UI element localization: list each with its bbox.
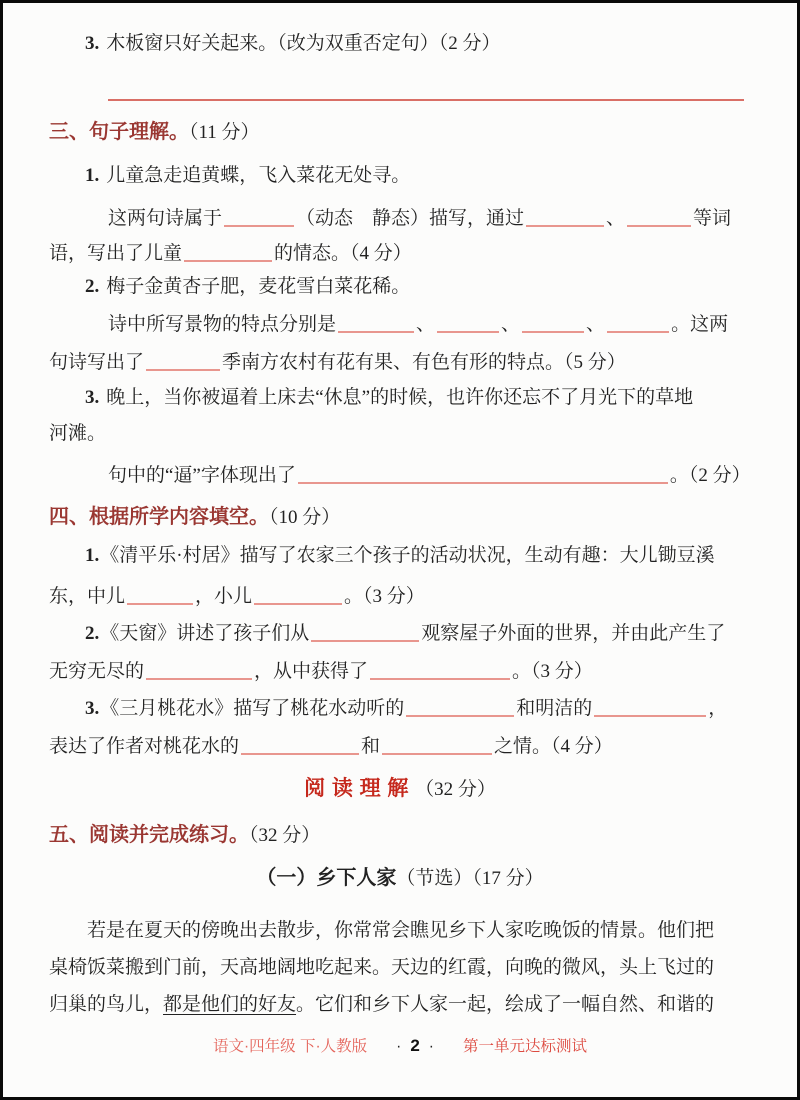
question-text: 河滩。: [49, 423, 106, 444]
question-number: 2.: [85, 623, 99, 644]
s3-q1-line2: 这两句诗属于（动态 静态）描写，通过、等词: [108, 203, 731, 232]
passage-text: 归巢的鸟儿，: [49, 994, 163, 1015]
reading-banner-title: 阅读理解: [304, 776, 415, 800]
section-5-points: （32 分）: [249, 825, 320, 846]
passage-underlined-phrase: 都是他们的好友: [163, 994, 296, 1015]
s3-q1-line3: 语，写出了儿童的情态。（4 分）: [49, 238, 412, 267]
passage-title-main: （一）乡下人家: [256, 867, 396, 889]
question-text: 。（2 分）: [670, 465, 751, 486]
s4-q3-line1: 3.《三月桃花水》描写了桃花水动听的和明洁的，: [85, 693, 727, 722]
question-text: ，小儿: [195, 586, 252, 607]
blank-underline: [311, 621, 419, 642]
blank-underline: [224, 206, 294, 227]
page-number: 2: [410, 1036, 419, 1055]
s4-q1-line1: 1.《清平乐·村居》描写了农家三个孩子的活动状况，生动有趣：大儿锄豆溪: [85, 543, 715, 569]
blank-underline: [522, 312, 584, 333]
s3-q3-line2: 河滩。: [49, 421, 106, 447]
blank-underline: [382, 734, 492, 755]
question-number: 2.: [85, 276, 99, 297]
question-text: 句诗写出了: [49, 352, 144, 373]
blank-underline: [406, 696, 514, 717]
blank-underline: [594, 696, 706, 717]
dun-separator: 、: [416, 314, 435, 335]
question-text: 梅子金黄杏子肥，麦花雪白菜花稀。: [106, 276, 410, 297]
section-3-points: （11 分）: [189, 122, 260, 143]
s3-q2-line1: 2.梅子金黄杏子肥，麦花雪白菜花稀。: [85, 274, 410, 300]
section-5-heading: 五、阅读并完成练习。（32 分）: [49, 822, 320, 849]
question-number: 1.: [85, 545, 99, 566]
answer-rule: [108, 99, 744, 101]
section-4-heading: 四、根据所学内容填空。（10 分）: [49, 504, 340, 531]
section-4-heading-text: 四、根据所学内容填空。: [49, 506, 269, 528]
footer-dot: ·: [396, 1038, 401, 1055]
s4-q1-line2: 东，中儿，小儿。（3 分）: [49, 581, 425, 610]
section-3-heading: 三、句子理解。（11 分）: [49, 119, 260, 146]
dun-separator: 、: [586, 314, 605, 335]
dun-separator: 、: [606, 208, 625, 229]
question-text: 和: [361, 736, 380, 757]
question-text: 的情态。（4 分）: [274, 243, 412, 264]
passage-paragraph-line3: 归巢的鸟儿，都是他们的好友。它们和乡下人家一起，绘成了一幅自然、和谐的: [49, 992, 714, 1018]
question-number: 3.: [85, 387, 99, 408]
worksheet-page: 3.木板窗只好关起来。（改为双重否定句）（2 分） 三、句子理解。（11 分） …: [0, 0, 800, 1100]
blank-underline: [338, 312, 414, 333]
question-rewrite-line: 3.木板窗只好关起来。（改为双重否定句）（2 分）: [85, 31, 501, 57]
question-number: 1.: [85, 165, 99, 186]
blank-underline: [298, 463, 668, 484]
question-text: 木板窗只好关起来。（改为双重否定句）（2 分）: [106, 33, 500, 54]
question-text: 等词: [693, 208, 731, 229]
question-text: （动态 静态）描写，通过: [296, 208, 524, 229]
blank-underline: [184, 241, 272, 262]
s4-q2-line1: 2.《天窗》讲述了孩子们从观察屋子外面的世界，并由此产生了: [85, 618, 725, 647]
blank-underline: [370, 659, 510, 680]
s3-q3-line1: 3.晚上，当你被逼着上床去“休息”的时候，也许你还忘不了月光下的草地: [85, 385, 693, 411]
passage-text: 桌椅饭菜搬到门前，天高地阔地吃起来。天边的红霞，向晚的微风，头上飞过的: [49, 957, 714, 978]
s4-q3-line2: 表达了作者对桃花水的和之情。（4 分）: [49, 731, 613, 760]
question-number: 3.: [85, 33, 99, 54]
question-text: 。这两: [671, 314, 728, 335]
blank-underline: [526, 206, 604, 227]
footer-test-title: 第一单元达标测试: [463, 1038, 587, 1055]
s4-q2-line2: 无穷无尽的，从中获得了。（3 分）: [49, 656, 593, 685]
blank-underline: [146, 350, 220, 371]
footer-dot: ·: [429, 1038, 434, 1055]
blank-underline: [437, 312, 499, 333]
blank-underline: [241, 734, 359, 755]
footer-book-title: 语文·四年级 下·人教版: [213, 1038, 367, 1055]
s3-q1-line1: 1.儿童急走追黄蝶，飞入菜花无处寻。: [85, 163, 410, 189]
s3-q2-line3: 句诗写出了季南方农村有花有果、有色有形的特点。（5 分）: [49, 347, 626, 376]
passage-text: 。它们和乡下人家一起，绘成了一幅自然、和谐的: [296, 994, 714, 1015]
question-text: 。（3 分）: [512, 661, 593, 682]
dun-separator: 、: [501, 314, 520, 335]
question-text: 表达了作者对桃花水的: [49, 736, 239, 757]
page-footer: 语文·四年级 下·人教版·2·第一单元达标测试: [3, 1035, 797, 1058]
passage-title-sub: （节选）（17 分）: [396, 868, 543, 889]
blank-underline: [254, 584, 342, 605]
passage-paragraph-line1: 若是在夏天的傍晚出去散步，你常常会瞧见乡下人家吃晚饭的情景。他们把: [87, 918, 714, 944]
question-text: 之情。（4 分）: [494, 736, 613, 757]
section-3-heading-text: 三、句子理解。: [49, 121, 189, 143]
section-4-points: （10 分）: [269, 507, 340, 528]
blank-underline: [146, 659, 252, 680]
question-text: 晚上，当你被逼着上床去“休息”的时候，也许你还忘不了月光下的草地: [106, 387, 693, 408]
s3-q3-line3: 句中的“逼”字体现出了。（2 分）: [108, 460, 751, 489]
passage-title: （一）乡下人家（节选）（17 分）: [3, 865, 797, 892]
question-text: 季南方农村有花有果、有色有形的特点。（5 分）: [222, 352, 626, 373]
blank-underline: [627, 206, 691, 227]
question-text: 《清平乐·村居》描写了农家三个孩子的活动状况，生动有趣：大儿锄豆溪: [100, 545, 714, 566]
question-text: 句中的“逼”字体现出了: [108, 465, 296, 486]
question-text: 无穷无尽的: [49, 661, 144, 682]
question-text: 语，写出了儿童: [49, 243, 182, 264]
question-text: 这两句诗属于: [108, 208, 222, 229]
question-text: 东，中儿: [49, 586, 125, 607]
passage-paragraph-line2: 桌椅饭菜搬到门前，天高地阔地吃起来。天边的红霞，向晚的微风，头上飞过的: [49, 955, 714, 981]
question-text: 和明洁的: [516, 698, 592, 719]
reading-banner-points: （32 分）: [415, 779, 496, 800]
question-text: ，: [708, 698, 727, 719]
passage-text: 若是在夏天的傍晚出去散步，你常常会瞧见乡下人家吃晚饭的情景。他们把: [87, 920, 714, 941]
question-text: 《三月桃花水》描写了桃花水动听的: [100, 698, 404, 719]
question-text: 。（3 分）: [344, 586, 425, 607]
question-number: 3.: [85, 698, 99, 719]
question-text: 诗中所写景物的特点分别是: [108, 314, 336, 335]
reading-banner: 阅读理解（32 分）: [3, 775, 797, 803]
section-5-heading-text: 五、阅读并完成练习。: [49, 824, 249, 846]
question-text: 《天窗》讲述了孩子们从: [100, 623, 309, 644]
question-text: 观察屋子外面的世界，并由此产生了: [421, 623, 725, 644]
blank-underline: [127, 584, 193, 605]
blank-underline: [607, 312, 669, 333]
s3-q2-line2: 诗中所写景物的特点分别是、、、。这两: [108, 309, 728, 338]
question-text: 儿童急走追黄蝶，飞入菜花无处寻。: [106, 165, 410, 186]
question-text: ，从中获得了: [254, 661, 368, 682]
